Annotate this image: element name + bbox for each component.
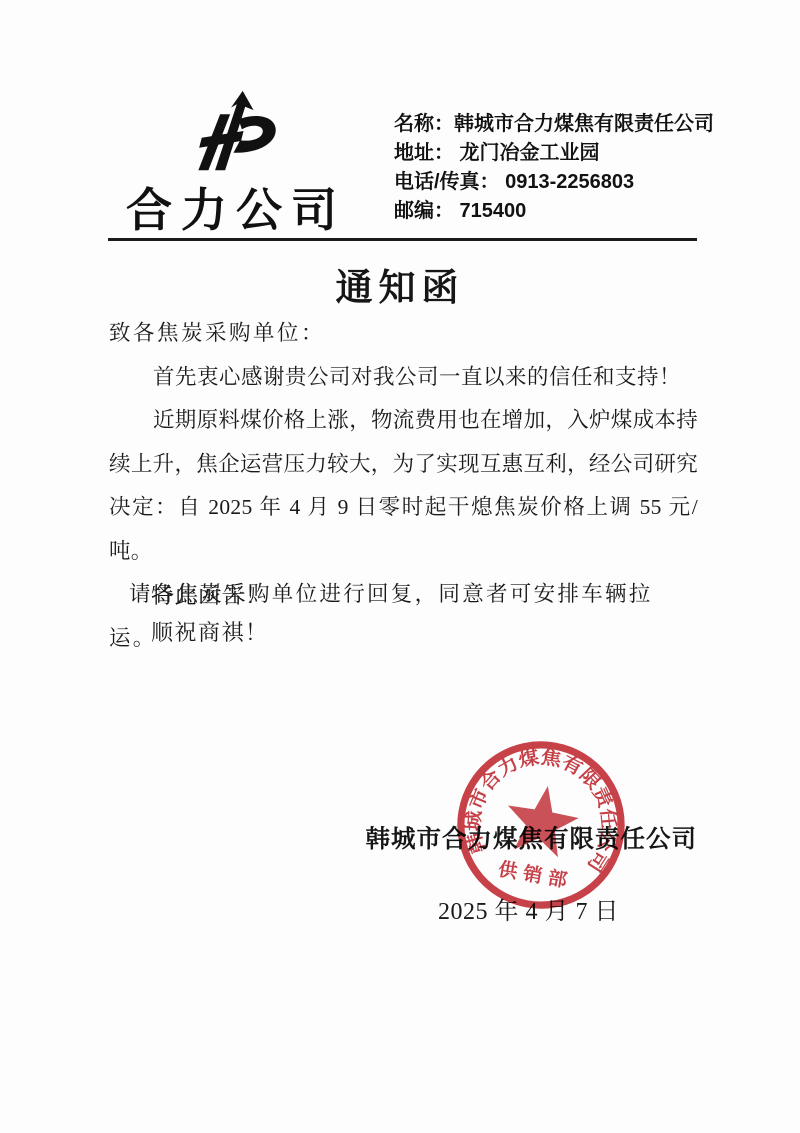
letter-page: 合力公司 名称：韩城市合力煤焦有限责任公司 地址： 龙门冶金工业园 电话/传真：…: [0, 0, 800, 1133]
letterhead-divider: [108, 238, 697, 241]
letterhead-info: 名称：韩城市合力煤焦有限责任公司 地址： 龙门冶金工业园 电话/传真： 0913…: [394, 110, 714, 226]
hl-monogram-icon: [190, 88, 282, 174]
paragraph-thanks: 首先衷心感谢贵公司对我公司一直以来的信任和支持！: [109, 356, 698, 400]
letter-closing: 特此函告！ 顺祝商祺！: [151, 578, 269, 651]
closing-line-wishes: 顺祝商祺！: [151, 615, 269, 652]
letterhead-logo: 合力公司: [116, 88, 356, 240]
closing-line-notice: 特此函告！: [151, 578, 269, 615]
seal-star-icon: [501, 780, 584, 860]
company-seal-stamp-icon: 韩城市合力煤焦有限责任公司 供销部: [451, 735, 631, 915]
letter-title: 通知函: [0, 257, 800, 311]
company-postcode-line: 邮编： 715400: [394, 197, 714, 226]
company-phone-line: 电话/传真： 0913-2256803: [394, 168, 714, 197]
seal-department-text: 供销部: [497, 857, 575, 893]
company-name-line: 名称：韩城市合力煤焦有限责任公司: [394, 110, 714, 139]
company-address-line: 地址： 龙门冶金工业园: [394, 139, 714, 168]
paragraph-price-notice: 近期原料煤价格上涨，物流费用也在增加，入炉煤成本持续上升，焦企运营压力较大，为了…: [109, 399, 698, 573]
salutation: 致各焦炭采购单位：: [109, 312, 698, 356]
logo-company-short-name: 合力公司: [116, 174, 356, 240]
